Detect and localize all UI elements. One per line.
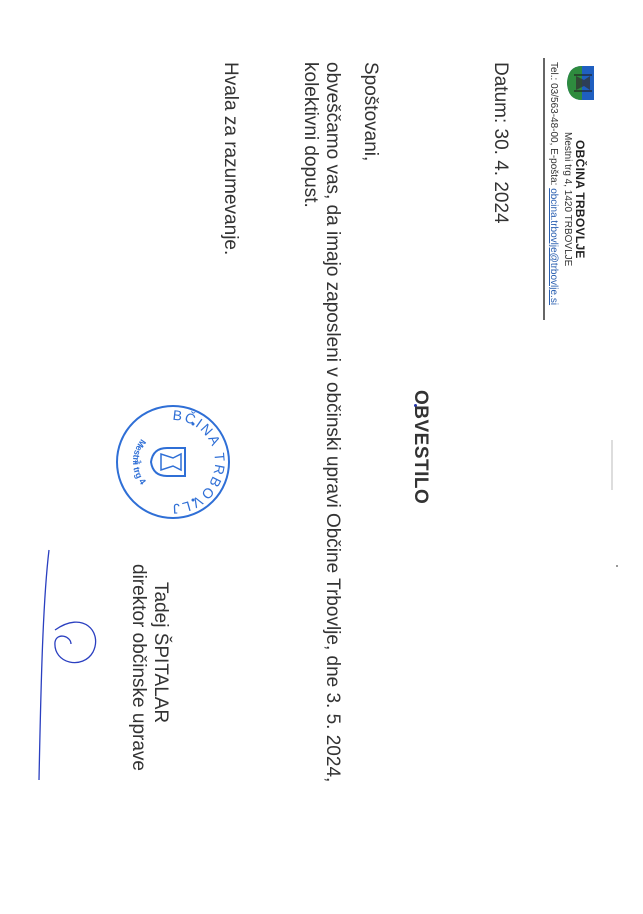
handwritten-signature-icon (33, 540, 143, 785)
svg-text:OBČINA TRBOVLJE: OBČINA TRBOVLJE (171, 402, 233, 517)
salutation: Spoštovani, (359, 62, 381, 161)
document-date: Datum: 30. 4. 2024 (489, 62, 511, 224)
scan-smudge (611, 440, 613, 490)
organization-name: OBČINA TRBOVLJE (573, 140, 587, 259)
stamp-number: 1 (133, 459, 143, 464)
stamp-top-text: OBČINA TRBOVLJE (171, 402, 233, 517)
document-title: OBVESTILO (409, 390, 431, 504)
contact-line: Tel.: 03/563-48-00, E-pošta: obcina.trbo… (548, 62, 559, 305)
contact-phone: Tel.: 03/563-48-00, E-pošta: (548, 62, 559, 188)
body-line-1: obveščamo vas, da imajo zaposleni v obči… (321, 62, 343, 782)
letter-page: OBČINA TRBOVLJE Mestni trg 4, 1420 TRBOV… (0, 0, 643, 914)
signatory-name: Tadej ŠPITALAR (149, 582, 171, 723)
scan-speck (616, 565, 618, 567)
header-divider (543, 58, 545, 320)
closing-line: Hvala za razumevanje. (219, 62, 241, 255)
municipality-crest-icon (566, 64, 596, 102)
email-link[interactable]: obcina.trbovlje@trbovlje.si (548, 188, 559, 305)
organization-address: Mestni trg 4, 1420 TRBOVLJE (562, 132, 573, 266)
body-line-2: kolektivni dopust. (299, 62, 321, 208)
official-stamp-icon: OBČINA TRBOVLJE Mestni trg 4 1 (113, 402, 233, 522)
